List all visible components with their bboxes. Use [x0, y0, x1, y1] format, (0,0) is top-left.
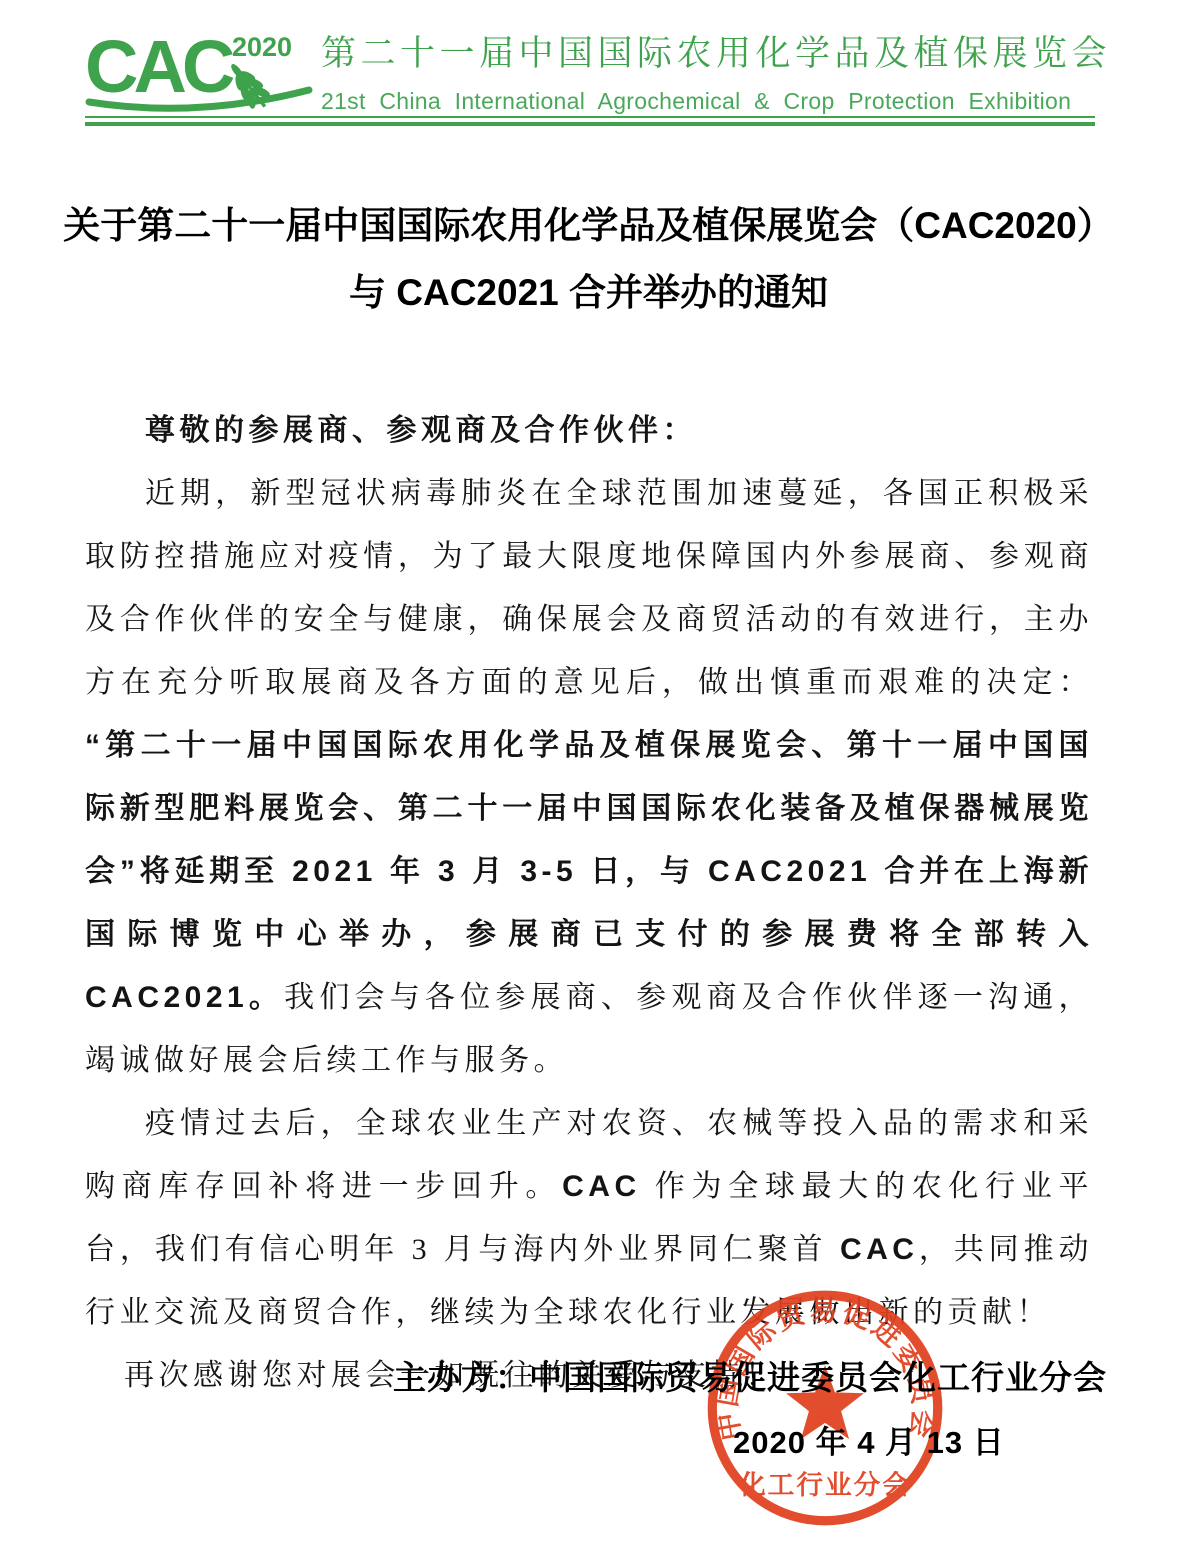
- logo-year-text: 2020: [232, 32, 292, 62]
- official-seal-stamp: 中国国际贸易促进委员会 化工行业分会: [702, 1283, 948, 1538]
- document-title: 关于第二十一届中国国际农用化学品及植保展览会（CAC2020） 与 CAC202…: [0, 192, 1177, 326]
- logo-cac-text: CAC: [85, 25, 234, 108]
- document-title-line1: 关于第二十一届中国国际农用化学品及植保展览会（CAC2020）: [0, 192, 1177, 259]
- p2-bold-cac-1: CAC: [562, 1170, 641, 1203]
- cac-logo: CAC 2020: [85, 16, 317, 120]
- seal-graphic: 中国国际贸易促进委员会 化工行业分会: [702, 1283, 948, 1533]
- letterhead: CAC 2020 第二十一届中国国际农用化学品及植保展览会 21st China…: [85, 16, 1095, 120]
- notice-document: CAC 2020 第二十一届中国国际农用化学品及植保展览会 21st China…: [0, 0, 1177, 1558]
- letterhead-title-en: 21st China International Agrochemical & …: [321, 88, 1111, 115]
- header-rule-thin: [85, 116, 1095, 118]
- letterhead-titles: 第二十一届中国国际农用化学品及植保展览会 21st China Internat…: [321, 16, 1111, 115]
- letterhead-title-cn: 第二十一届中国国际农用化学品及植保展览会: [321, 26, 1111, 76]
- cac-logo-graphic: CAC 2020: [85, 16, 317, 120]
- organizer-line: 主办方：中国国际贸易促进委员会化工行业分会: [393, 1352, 1107, 1399]
- document-title-line2: 与 CAC2021 合并举办的通知: [0, 259, 1177, 326]
- p2-bold-cac-2: CAC: [840, 1233, 919, 1266]
- seal-bottom-text: 化工行业分会: [738, 1470, 911, 1500]
- date-line: 2020 年 4 月 13 日: [733, 1417, 1005, 1462]
- header-rule-thick: [85, 122, 1095, 126]
- salutation: 尊敬的参展商、参观商及合作伙伴：: [85, 399, 1093, 462]
- p1-bold-decision: “第二十一届中国国际农用化学品及植保展览会、第十一届中国国际新型肥料展览会、第二…: [85, 729, 1093, 1014]
- notice-body: 尊敬的参展商、参观商及合作伙伴： 近期，新型冠状病毒肺炎在全球范围加速蔓延，各国…: [85, 399, 1093, 1407]
- p1-normal-1: 近期，新型冠状病毒肺炎在全球范围加速蔓延，各国正积极采取防控措施应对疫情，为了最…: [85, 477, 1093, 699]
- paragraph-1: 近期，新型冠状病毒肺炎在全球范围加速蔓延，各国正积极采取防控措施应对疫情，为了最…: [85, 462, 1093, 1092]
